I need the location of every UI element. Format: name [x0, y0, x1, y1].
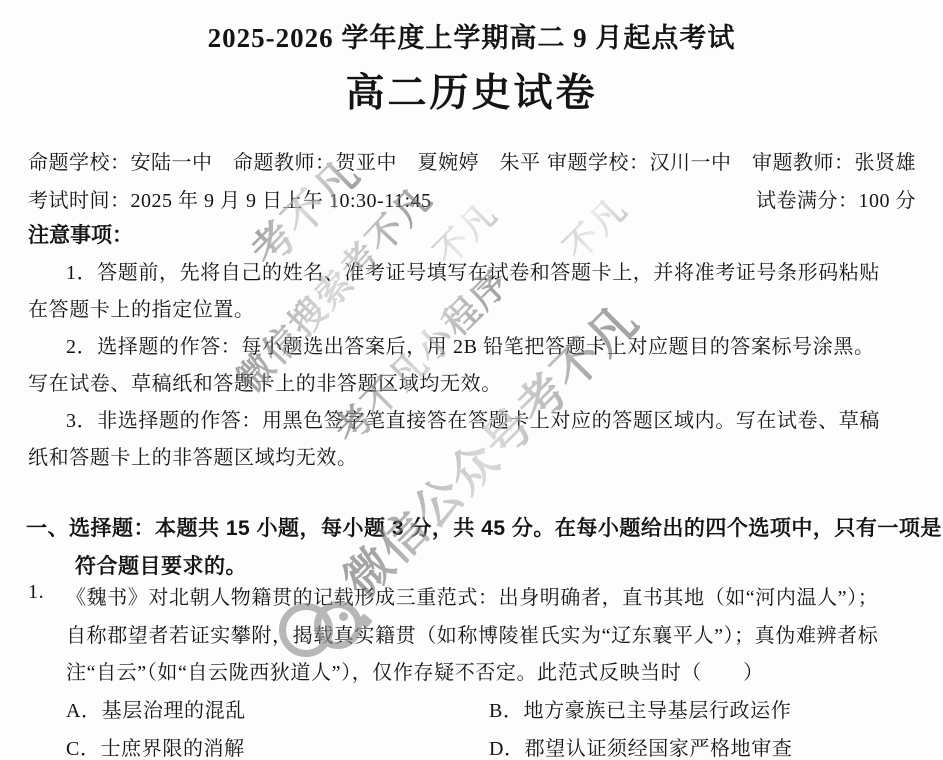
section-header-line: 符合题目要求的。 [75, 550, 247, 580]
option-b: B．地方豪族已主导基层行政运作 [489, 694, 791, 723]
meta-line-schools: 命题学校：安陆一中 命题教师：贺亚中 夏婉婷 朱平 审题学校：汉川一中 审题教师… [28, 146, 916, 175]
paper-title: 高二历史试卷 [0, 62, 943, 118]
option-d: D．郡望认证须经国家严格地审查 [489, 732, 792, 760]
notice-line: 在答题卡上的指定位置。 [28, 293, 255, 322]
exam-time: 考试时间：2025 年 9 月 9 日上午 10:30-11:45 [28, 184, 432, 213]
section-header-line: 一、选择题：本题共 15 小题，每小题 3 分，共 45 分。在每小题给出的四个… [26, 512, 942, 542]
notice-line: 写在试卷、草稿纸和答题卡上的非答题区域均无效。 [28, 367, 502, 396]
setter-school-and-teachers: 命题学校：安陆一中 命题教师：贺亚中 夏婉婷 朱平 [28, 146, 541, 175]
notice-line: 3．非选择题的作答：用黑色签字笔直接答在答题卡上对应的答题区域内。写在试卷、草稿 [66, 404, 880, 433]
question-line: 注“自云”（如“自云陇西狄道人”），仅作存疑不否定。此范式反映当时（ ） [66, 656, 764, 685]
question-number: 1. [28, 581, 44, 604]
notice-line: 1．答题前，先将自己的姓名、准考证号填写在试卷和答题卡上，并将准考证号条形码粘贴 [66, 256, 880, 285]
meta-line-time-score: 考试时间：2025 年 9 月 9 日上午 10:30-11:45 试卷满分：1… [28, 184, 916, 213]
question-line: 《魏书》对北朝人物籍贯的记载形成三重范式：出身明确者，直书其地（如“河内温人”）… [66, 581, 878, 610]
exam-paper-page: 2025-2026 学年度上学期高二 9 月起点考试 高二历史试卷 命题学校：安… [0, 0, 943, 760]
exam-session-title: 2025-2026 学年度上学期高二 9 月起点考试 [0, 16, 943, 55]
notice-heading: 注意事项： [28, 219, 133, 249]
option-c: C．士庶界限的消解 [66, 732, 245, 760]
full-score: 试卷满分：100 分 [756, 184, 916, 213]
reviewer-school-and-teacher: 审题学校：汉川一中 审题教师：张贤雄 [547, 146, 916, 175]
option-a: A．基层治理的混乱 [66, 694, 246, 723]
notice-line: 纸和答题卡上的非答题区域均无效。 [28, 441, 358, 470]
question-line: 自称郡望者若证实攀附，揭载真实籍贯（如称博陵崔氏实为“辽东襄平人”）；真伪难辨者… [66, 619, 878, 648]
notice-line: 2．选择题的作答：每小题选出答案后，用 2B 铅笔把答题卡上对应题目的答案标号涂… [66, 330, 875, 359]
